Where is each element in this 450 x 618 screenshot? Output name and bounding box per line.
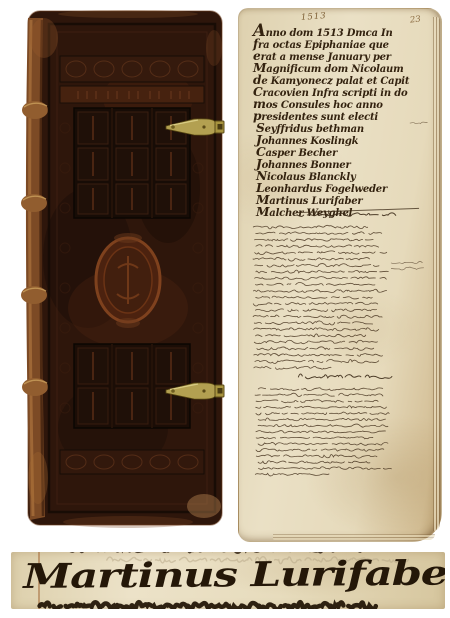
entry-line: de Kamyonecz palat et Capit (253, 75, 429, 87)
page-stack-edge (433, 17, 440, 531)
entry-line: Anno dom 1513 Dmca In (253, 25, 429, 39)
cropped-text-fragments-bottom (39, 602, 429, 609)
margin-note (391, 259, 431, 276)
entry-line: Cracovien Infra scripti in do (253, 87, 429, 99)
councilor-name: Seyffridus bethman (256, 123, 429, 135)
councilor-name: Casper Becher (256, 147, 429, 159)
bottom-ornament-band (60, 450, 204, 474)
margin-mark (407, 119, 433, 130)
cursive-paragraph (253, 223, 393, 376)
entry-line: presidentes sunt electi (253, 111, 429, 123)
entry-line: mos Consules hoc anno (253, 99, 429, 111)
entry-line: fra octas Epiphaniae que (253, 39, 429, 51)
book-cover-photo (18, 8, 226, 528)
councilor-name: Johannes Bonner (256, 159, 429, 171)
councilor-name: Nicolaus Blanckly (256, 171, 429, 183)
manuscript-page-photo: 1513 23 Anno dom 1513 Dmca In fra octas … (238, 8, 442, 542)
entry-line: erat a mense January per (253, 51, 429, 63)
book-cover-illustration (18, 8, 226, 528)
detail-text: Martinus Lurifaber (23, 553, 445, 597)
top-ornament-band (60, 56, 204, 82)
spine-band (21, 194, 47, 212)
councilor-name: Johannes Koslingk (256, 135, 429, 147)
cursive-paragraph (255, 385, 397, 483)
spine-band (22, 101, 48, 119)
lower-panel (74, 344, 190, 428)
detail-strip: Martinus Lurifaber (11, 552, 445, 609)
spine-band (22, 378, 48, 396)
council-election-entry: Anno dom 1513 Dmca In fra octas Epiphani… (253, 25, 429, 219)
folio-date: 1513 (301, 11, 327, 23)
folio-number: 23 (410, 14, 422, 25)
manuscript-figure: { "palette": { "background": "#ffffff", … (0, 0, 450, 618)
title-band (60, 86, 204, 103)
page-stack-edge-bottom (273, 534, 435, 540)
spine-band (21, 286, 47, 304)
councilor-name: Leonhardus Fogelweder (256, 183, 429, 195)
entry-line: Magnificum dom Nicolaum (253, 63, 429, 75)
